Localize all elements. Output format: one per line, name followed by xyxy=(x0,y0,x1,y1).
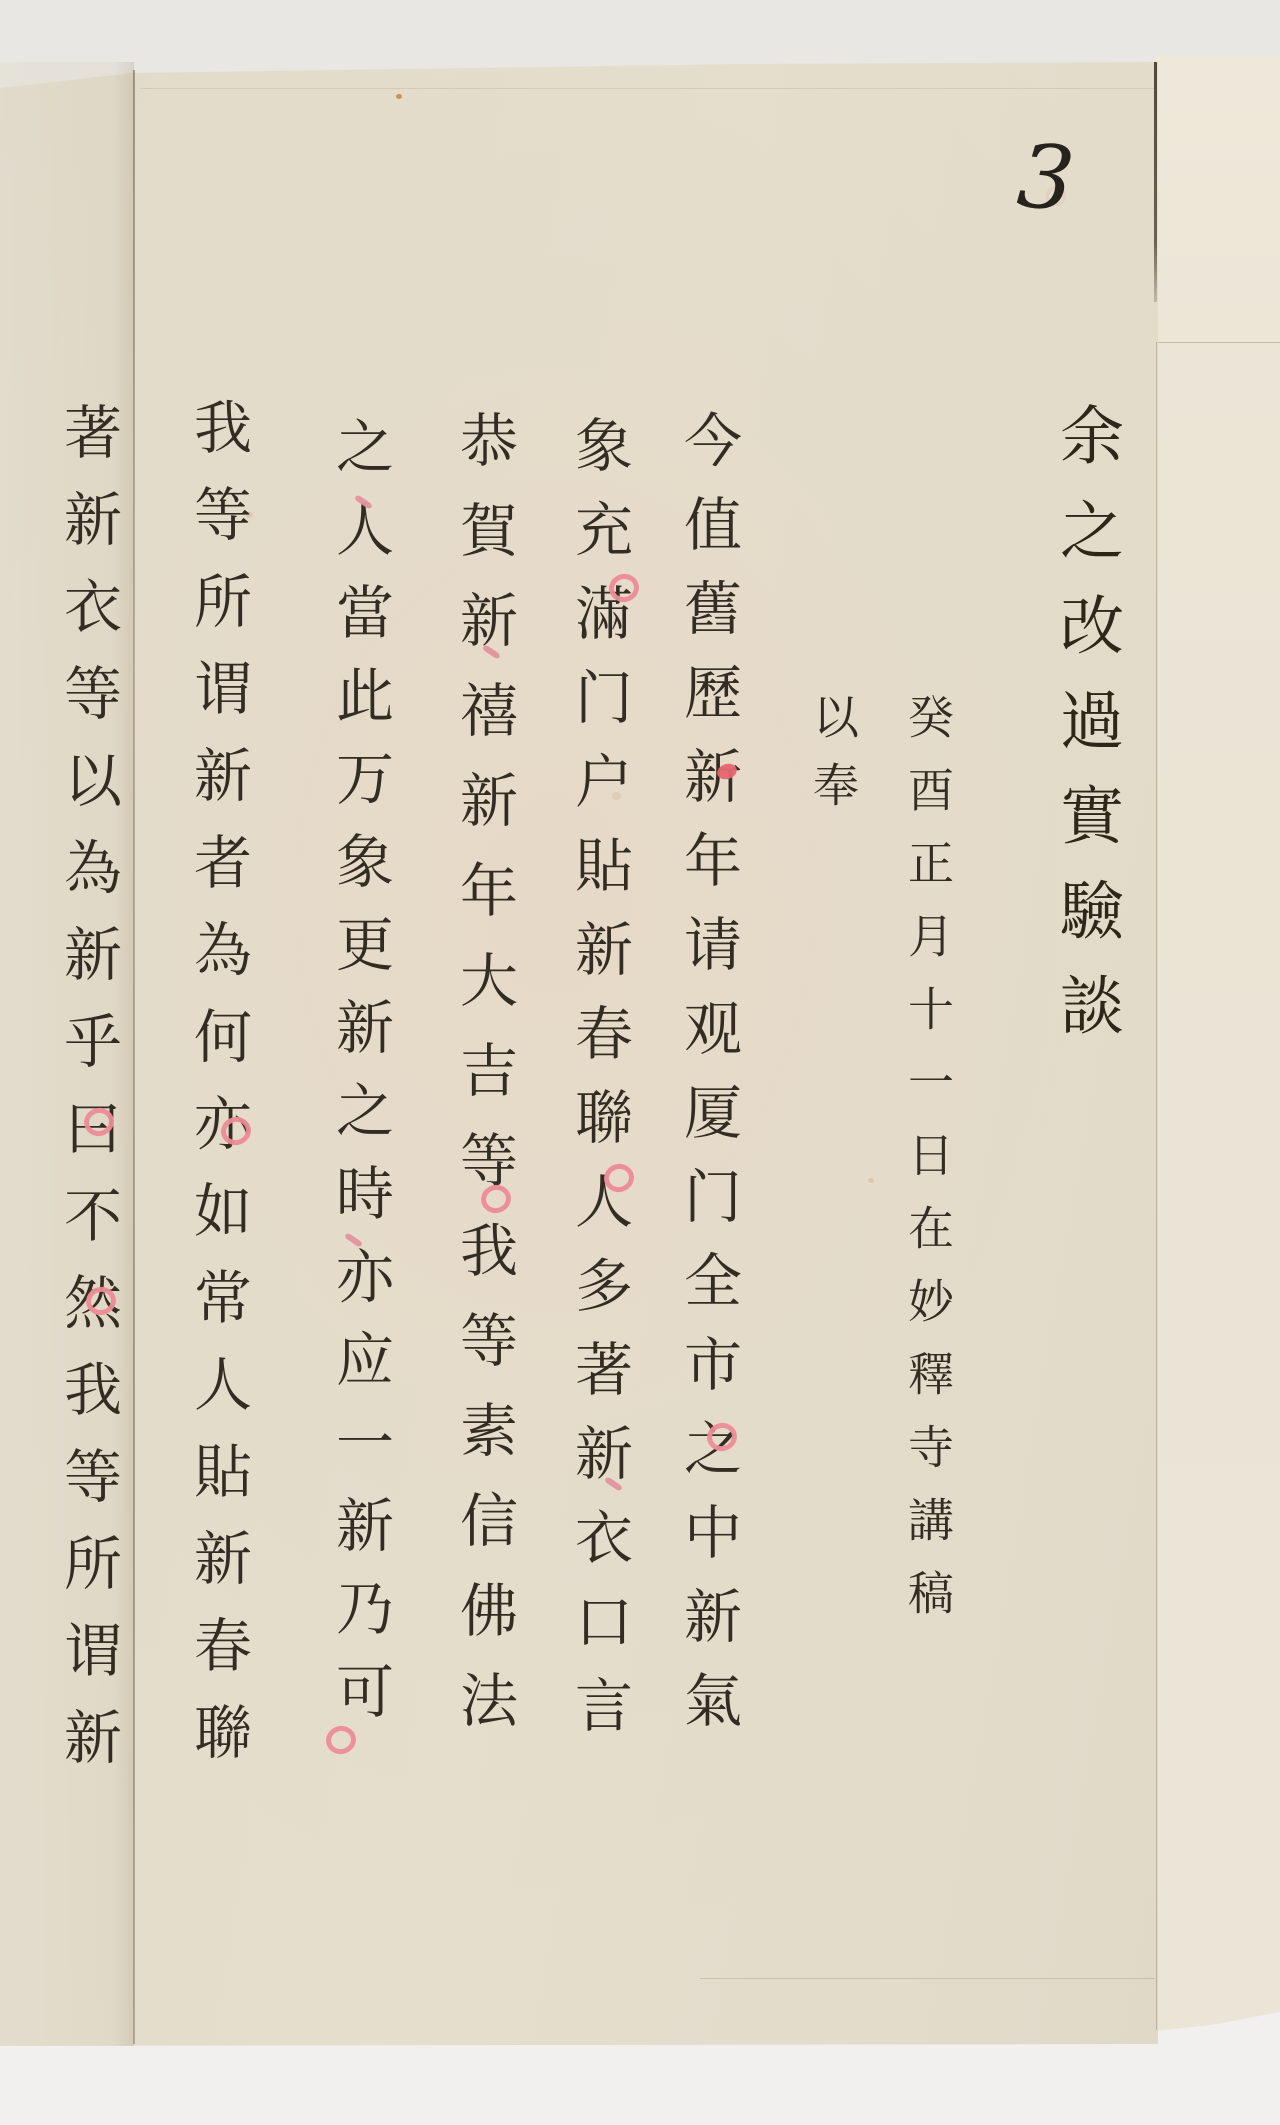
body-column-3: 恭賀新禧新年大吉等我等素信佛法 xyxy=(442,410,526,1760)
vertical-fold-line xyxy=(133,70,135,2044)
underlying-page-edge xyxy=(1155,56,1280,2034)
body-column-6: 著新衣等以為新乎曰不然我等所谓新 xyxy=(46,402,130,1794)
page-number: 3 xyxy=(1014,132,1077,225)
body-column-2: 象充滿门户貼新春聯人多著新衣口言 xyxy=(557,415,641,1759)
body-column-4: 之人當此万象更新之時亦应一新乃可 xyxy=(318,416,402,1744)
paper-speck xyxy=(868,1178,874,1183)
horizontal-crease-line xyxy=(700,1978,1155,1979)
top-right-paper-flap xyxy=(1155,56,1280,343)
dedication-column: 以奉 xyxy=(800,693,866,829)
paper-speck xyxy=(396,94,402,99)
body-column-1: 今值舊歷新年请观厦门全市之中新氣 xyxy=(666,410,750,1754)
top-crease-line xyxy=(140,88,1154,89)
manuscript-scan: 3 余之改過實驗談 癸酉正月十一日在妙釋寺講稿 以奉 今值舊歷新年请观厦门全市之… xyxy=(0,0,1280,2125)
title-column: 余之改過實驗談 xyxy=(1040,402,1132,1067)
flap-crease-line xyxy=(1154,62,1157,302)
date-column: 癸酉正月十一日在妙釋寺講稿 xyxy=(895,693,961,1642)
body-column-5: 我等所谓新者為何亦如常人貼新春聯 xyxy=(176,397,260,1789)
right-sheet-edge-line xyxy=(1156,342,1157,2030)
